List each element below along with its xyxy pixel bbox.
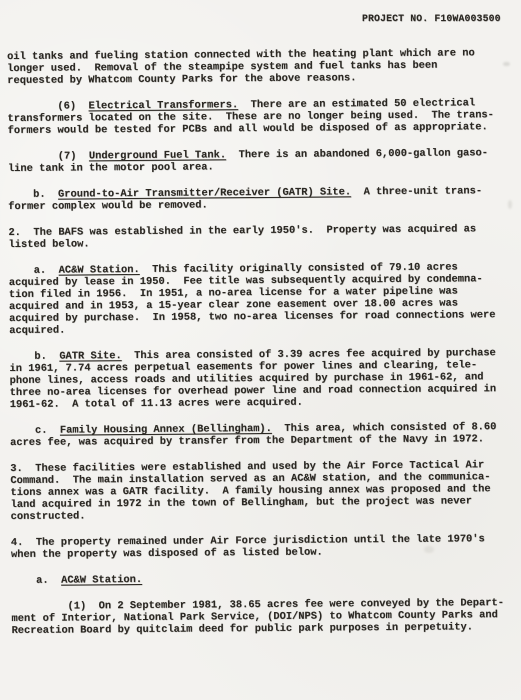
para-6-electrical-transformers: (6) Electrical Transformers. There are a… <box>7 97 513 137</box>
paragraph-text: b. <box>9 351 59 363</box>
paragraph-text: a. <box>11 575 61 587</box>
para-2a-acw-station: a. AC&W Station. This facility originall… <box>9 261 516 337</box>
paragraph-text: oil tanks and fueling station connected … <box>7 47 475 87</box>
paragraph-text: a. <box>9 265 59 277</box>
scan-artifact <box>424 546 434 553</box>
underlined-heading: GATR Site. <box>59 350 121 362</box>
document-page: PROJECT NO. F10WA003500 oil tanks and fu… <box>0 0 521 700</box>
paragraph-text: (1) On 2 September 1981, 38.65 acres fee… <box>11 597 504 637</box>
para-continuation: oil tanks and fueling station connected … <box>7 47 513 87</box>
para-3-facilities-use: 3. These facilities were established and… <box>10 459 516 523</box>
para-4a-acw-station: a. AC&W Station. <box>11 571 517 587</box>
paragraph-text: 4. The property remained under Air Force… <box>11 533 485 561</box>
para-4a1-conveyance: (1) On 2 September 1981, 38.65 acres fee… <box>11 597 517 637</box>
underlined-heading: Underground Fuel Tank. <box>89 149 226 162</box>
document-body: oil tanks and fueling station connected … <box>7 47 518 637</box>
para-2-bafs-established: 2. The BAFS was established in the early… <box>8 223 514 251</box>
underlined-heading: AC&W Station. <box>61 574 142 587</box>
underlined-heading: AC&W Station. <box>59 264 140 277</box>
scan-artifact <box>503 62 510 66</box>
paragraph-text: (7) <box>8 150 89 163</box>
paragraph-text: 2. The BAFS was established in the early… <box>8 223 476 251</box>
para-7-underground-fuel-tank: (7) Underground Fuel Tank. There is an a… <box>8 147 514 175</box>
para-b-gatr-site-removal: b. Ground-to-Air Transmitter/Receiver (G… <box>8 185 514 213</box>
para-4-disposal: 4. The property remained under Air Force… <box>11 533 517 561</box>
para-2c-family-housing-annex: c. Family Housing Annex (Bellingham). Th… <box>10 421 516 449</box>
paragraph-text: c. <box>10 425 60 437</box>
project-number: PROJECT NO. F10WA003500 <box>362 13 501 24</box>
para-2b-gatr-site: b. GATR Site. This area consisted of 3.3… <box>9 347 515 411</box>
scan-artifact <box>508 200 512 209</box>
paragraph-text: (6) <box>7 100 88 113</box>
paragraph-text: 3. These facilities were established and… <box>10 459 490 523</box>
paragraph-text: b. <box>8 189 58 201</box>
